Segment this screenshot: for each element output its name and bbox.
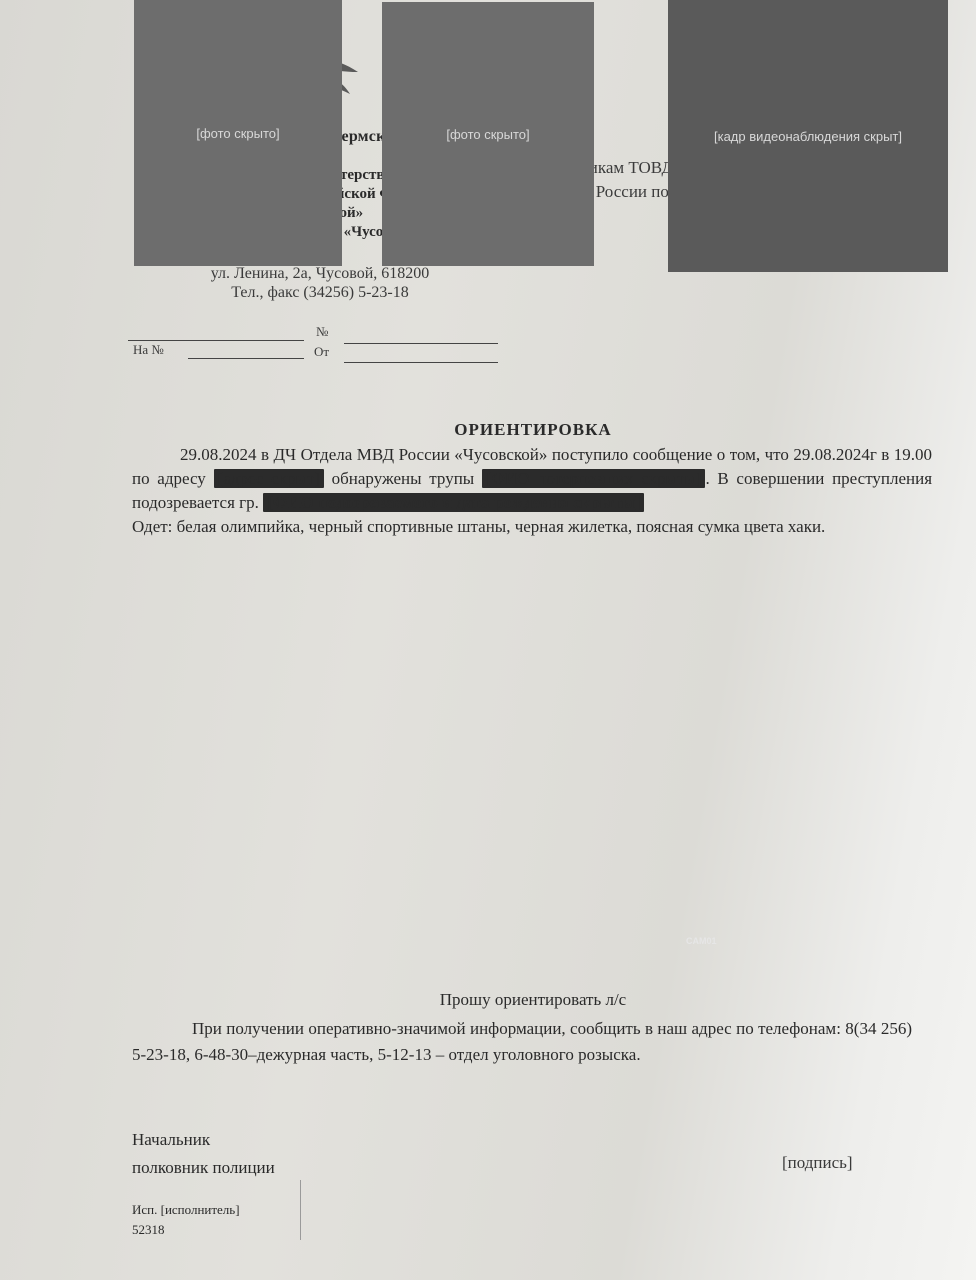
photo-placeholder: [фото скрыто] (382, 2, 594, 266)
document-title: ОРИЕНТИРОВКА (0, 420, 976, 440)
signatory-name: [подпись] (782, 1153, 853, 1173)
margin-mark (300, 1180, 301, 1240)
number-label: № (316, 324, 328, 340)
from-line (344, 362, 498, 363)
camera-label: CAM01 (686, 936, 717, 946)
document-body: 29.08.2024 в ДЧ Отдела МВД России «Чусов… (132, 443, 932, 539)
executor-block: Исп. [исполнитель] 52318 (132, 1200, 240, 1240)
ref-number-line (188, 358, 304, 359)
request-line: Прошу ориентировать л/с (0, 990, 976, 1010)
redacted-suspect: [ФИО подозреваемого и дата рождения скры… (263, 493, 644, 512)
photo-placeholder: [фото скрыто] (134, 0, 342, 266)
contact-paragraph: При получении оперативно-значимой информ… (132, 1016, 912, 1068)
redacted-address: [адрес скрыт] (214, 469, 324, 488)
from-label: От (314, 344, 329, 360)
incident-paragraph: 29.08.2024 в ДЧ Отдела МВД России «Чусов… (132, 443, 932, 515)
number-line (344, 343, 498, 344)
document-page: ГУ МВД России по Пермскому краю Отдел Ми… (0, 0, 976, 1280)
date-line (128, 340, 304, 341)
org-address: ул. Ленина, 2а, Чусовой, 618200 Тел., фа… (120, 264, 520, 302)
signatory-role: Начальник полковник полиции (132, 1126, 275, 1182)
clothing-description: Одет: белая олимпийка, черный спортивные… (132, 515, 932, 539)
photo-strip (0, 676, 976, 946)
ref-number-label: На № (133, 342, 164, 358)
cctv-photo-placeholder: [кадр видеонаблюдения скрыт] (668, 0, 948, 272)
redacted-victims: [ФИО потерпевших скрыты] (482, 469, 706, 488)
